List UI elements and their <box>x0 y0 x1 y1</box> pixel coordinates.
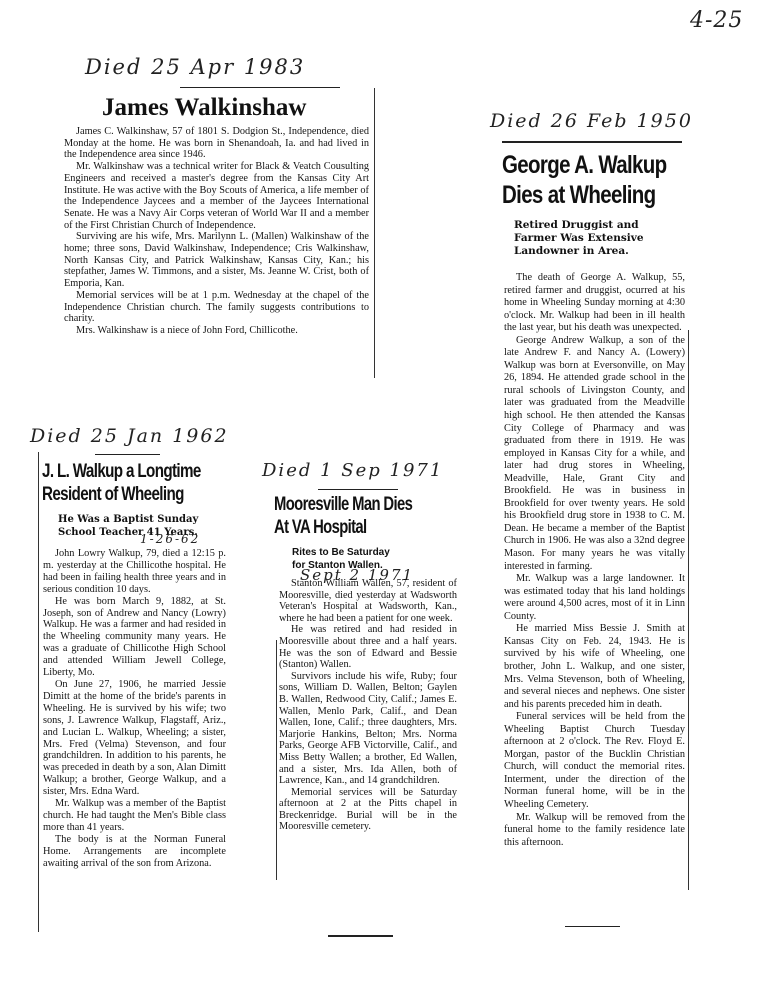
obituary-headline: J. L. Walkup a Longtime Resident of Whee… <box>42 460 201 506</box>
obituary-body: James C. Walkinshaw, 57 of 1801 S. Dodgi… <box>64 126 369 337</box>
obituary-paragraph: John Lowry Walkup, 79, died a 12:15 p. m… <box>43 548 226 596</box>
headline-line: Dies at Wheeling <box>502 180 667 210</box>
obituary-paragraph: On June 27, 1906, he married Jessie Dimi… <box>43 679 226 798</box>
headline-line: Mooresville Man Dies <box>274 493 412 516</box>
obituary-paragraph: The death of George A. Walkup, 55, retir… <box>504 272 685 335</box>
obituary-paragraph: Survivors include his wife, Ruby; four s… <box>279 671 457 787</box>
handwritten-death-date: Died 1 Sep 1971 <box>262 460 443 481</box>
obituary-body: Stanton William Wallen, 57, resident of … <box>279 578 457 833</box>
column-rule <box>38 452 39 932</box>
column-rule <box>276 640 277 880</box>
obituary-subheadline: Retired Druggist and Farmer Was Extensiv… <box>514 219 644 258</box>
obituary-paragraph: George Andrew Walkup, a son of the late … <box>504 335 685 573</box>
obituary-body: The death of George A. Walkup, 55, retir… <box>504 272 685 849</box>
obituary-paragraph: He married Miss Bessie J. Smith at Kansa… <box>504 623 685 711</box>
divider-rule <box>180 87 340 88</box>
obituary-paragraph: Surviving are his wife, Mrs. Marilynn L.… <box>64 231 369 290</box>
column-rule <box>374 88 375 378</box>
subheadline-line: Landowner in Area. <box>514 245 644 258</box>
divider-rule <box>318 489 398 490</box>
obituary-paragraph: James C. Walkinshaw, 57 of 1801 S. Dodgi… <box>64 126 369 161</box>
end-rule <box>565 926 620 927</box>
obituary-paragraph: The body is at the Norman Funeral Home. … <box>43 834 226 870</box>
obituary-paragraph: Mr. Walkup was a member of the Baptist c… <box>43 798 226 834</box>
subheadline-line: He Was a Baptist Sunday <box>58 513 198 526</box>
obituary-paragraph: He was born March 9, 1882, at St. Joseph… <box>43 596 226 679</box>
subheadline-line: Rites to Be Saturday <box>292 546 390 559</box>
headline-line: At VA Hospital <box>274 516 412 539</box>
obituary-headline: Mooresville Man Dies At VA Hospital <box>274 493 412 539</box>
obituary-paragraph: Mr. Walkup was a large landowner. It was… <box>504 573 685 623</box>
obituary-headline: James Walkinshaw <box>102 94 306 122</box>
obituary-paragraph: Memorial services will be at 1 p.m. Wedn… <box>64 290 369 325</box>
obituary-headline: George A. Walkup Dies at Wheeling <box>502 150 667 210</box>
obituary-paragraph: Funeral services will be held from the W… <box>504 711 685 811</box>
subheadline-line: Retired Druggist and <box>514 219 644 232</box>
obituary-paragraph: Mrs. Walkinshaw is a niece of John Ford,… <box>64 325 369 337</box>
handwritten-note: 1-26-62 <box>140 532 200 546</box>
column-rule <box>688 330 689 890</box>
handwritten-death-date: Died 25 Apr 1983 <box>85 55 305 79</box>
headline-line: Resident of Wheeling <box>42 483 201 506</box>
obituary-body: John Lowry Walkup, 79, died a 12:15 p. m… <box>43 548 226 869</box>
headline-line: J. L. Walkup a Longtime <box>42 460 201 483</box>
handwritten-death-date: Died 25 Jan 1962 <box>30 425 229 447</box>
end-rule <box>328 935 393 937</box>
obituary-paragraph: Memorial services will be Saturday after… <box>279 787 457 833</box>
obituary-paragraph: Mr. Walkinshaw was a technical writer fo… <box>64 161 369 231</box>
divider-rule <box>95 454 160 455</box>
obituary-paragraph: Mr. Walkup will be removed from the fune… <box>504 812 685 850</box>
divider-rule <box>502 141 682 143</box>
subheadline-line: Farmer Was Extensive <box>514 232 644 245</box>
page-number-note: 4-25 <box>690 8 743 33</box>
obituary-paragraph: He was retired and had resided in Moores… <box>279 624 457 670</box>
headline-line: George A. Walkup <box>502 150 667 180</box>
handwritten-death-date: Died 26 Feb 1950 <box>490 110 693 132</box>
obituary-paragraph: Stanton William Wallen, 57, resident of … <box>279 578 457 624</box>
